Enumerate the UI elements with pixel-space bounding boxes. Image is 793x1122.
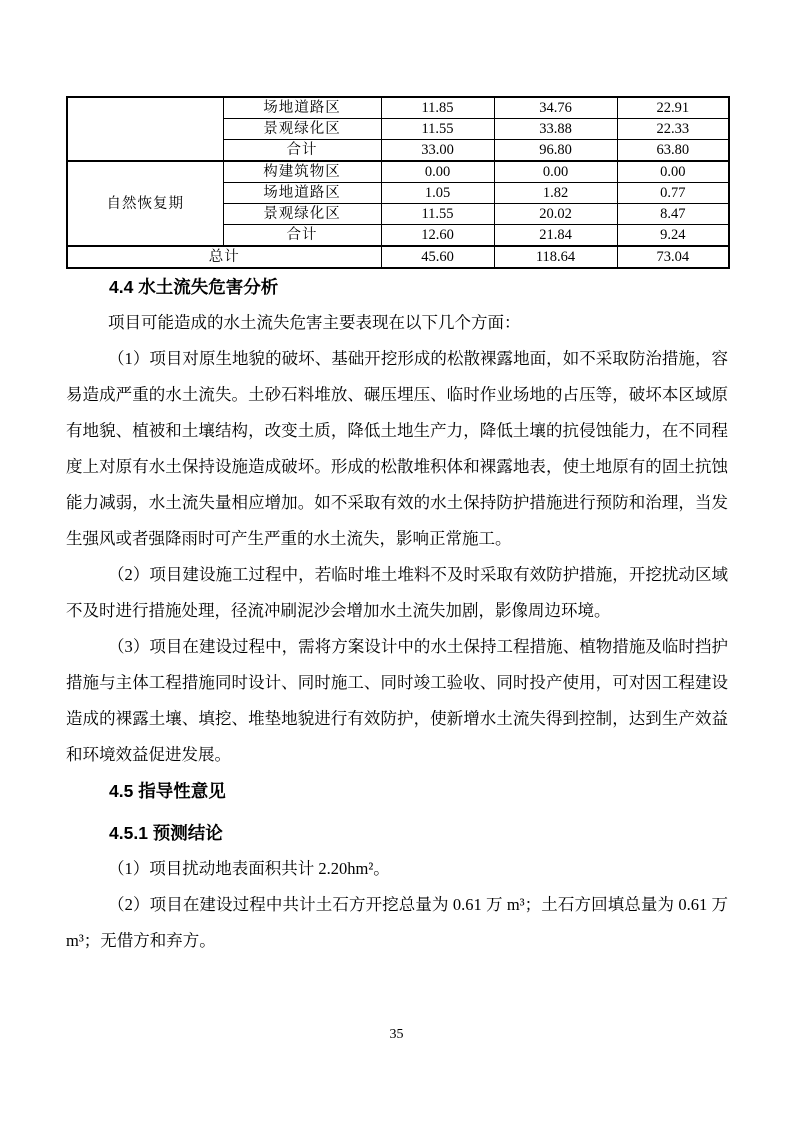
- section-heading-4-5: 4.5 指导性意见: [66, 773, 728, 809]
- value-cell: 33.88: [494, 119, 617, 140]
- paragraph-hazard-1: （1）项目对原生地貌的破坏、基础开挖形成的松散裸露地面，如不采取防治措施，容易造…: [66, 341, 728, 557]
- value-cell: 11.55: [381, 119, 494, 140]
- page-number: 35: [0, 1026, 793, 1044]
- total-label-cell: 总计: [67, 246, 381, 268]
- value-cell: 0.77: [617, 183, 729, 204]
- value-cell: 96.80: [494, 140, 617, 162]
- paragraph-hazard-2: （2）项目建设施工过程中，若临时堆土堆料不及时采取有效防护措施，开挖扰动区域不及…: [66, 557, 728, 629]
- value-cell: 21.84: [494, 225, 617, 247]
- value-cell: 33.00: [381, 140, 494, 162]
- value-cell: 0.00: [494, 161, 617, 183]
- section-heading-4-5-1: 4.5.1 预测结论: [66, 815, 728, 851]
- area-cell: 场地道路区: [223, 97, 381, 119]
- area-cell: 构建筑物区: [223, 161, 381, 183]
- paragraph-hazard-3: （3）项目在建设过程中，需将方案设计中的水土保持工程措施、植物措施及临时挡护措施…: [66, 629, 728, 773]
- period-group-cell-recovery: 自然恢复期: [67, 161, 223, 246]
- value-cell: 34.76: [494, 97, 617, 119]
- soil-loss-prediction-table: 场地道路区 11.85 34.76 22.91 景观绿化区 11.55 33.8…: [66, 96, 730, 269]
- area-cell: 合计: [223, 140, 381, 162]
- value-cell: 0.00: [381, 161, 494, 183]
- conclusion-1: （1）项目扰动地表面积共计 2.20hm²。: [66, 851, 728, 887]
- value-cell: 12.60: [381, 225, 494, 247]
- period-group-cell-empty: [67, 97, 223, 161]
- document-text: 4.4 水土流失危害分析 项目可能造成的水土流失危害主要表现在以下几个方面： （…: [66, 269, 728, 959]
- value-cell: 22.33: [617, 119, 729, 140]
- area-cell: 景观绿化区: [223, 204, 381, 225]
- value-cell: 118.64: [494, 246, 617, 268]
- section-heading-4-4: 4.4 水土流失危害分析: [66, 269, 728, 305]
- conclusion-2: （2）项目在建设过程中共计土石方开挖总量为 0.61 万 m³；土石方回填总量为…: [66, 887, 728, 959]
- value-cell: 11.85: [381, 97, 494, 119]
- table-total-row: 总计 45.60 118.64 73.04: [67, 246, 729, 268]
- value-cell: 22.91: [617, 97, 729, 119]
- value-cell: 45.60: [381, 246, 494, 268]
- document-page: 场地道路区 11.85 34.76 22.91 景观绿化区 11.55 33.8…: [0, 0, 793, 1122]
- value-cell: 9.24: [617, 225, 729, 247]
- value-cell: 1.82: [494, 183, 617, 204]
- content-area: 场地道路区 11.85 34.76 22.91 景观绿化区 11.55 33.8…: [66, 96, 728, 959]
- area-cell: 景观绿化区: [223, 119, 381, 140]
- value-cell: 20.02: [494, 204, 617, 225]
- value-cell: 73.04: [617, 246, 729, 268]
- value-cell: 8.47: [617, 204, 729, 225]
- table-row: 场地道路区 11.85 34.76 22.91: [67, 97, 729, 119]
- table-row: 自然恢复期 构建筑物区 0.00 0.00 0.00: [67, 161, 729, 183]
- area-cell: 场地道路区: [223, 183, 381, 204]
- paragraph-intro: 项目可能造成的水土流失危害主要表现在以下几个方面：: [66, 305, 728, 341]
- value-cell: 1.05: [381, 183, 494, 204]
- area-cell: 合计: [223, 225, 381, 247]
- value-cell: 11.55: [381, 204, 494, 225]
- value-cell: 0.00: [617, 161, 729, 183]
- value-cell: 63.80: [617, 140, 729, 162]
